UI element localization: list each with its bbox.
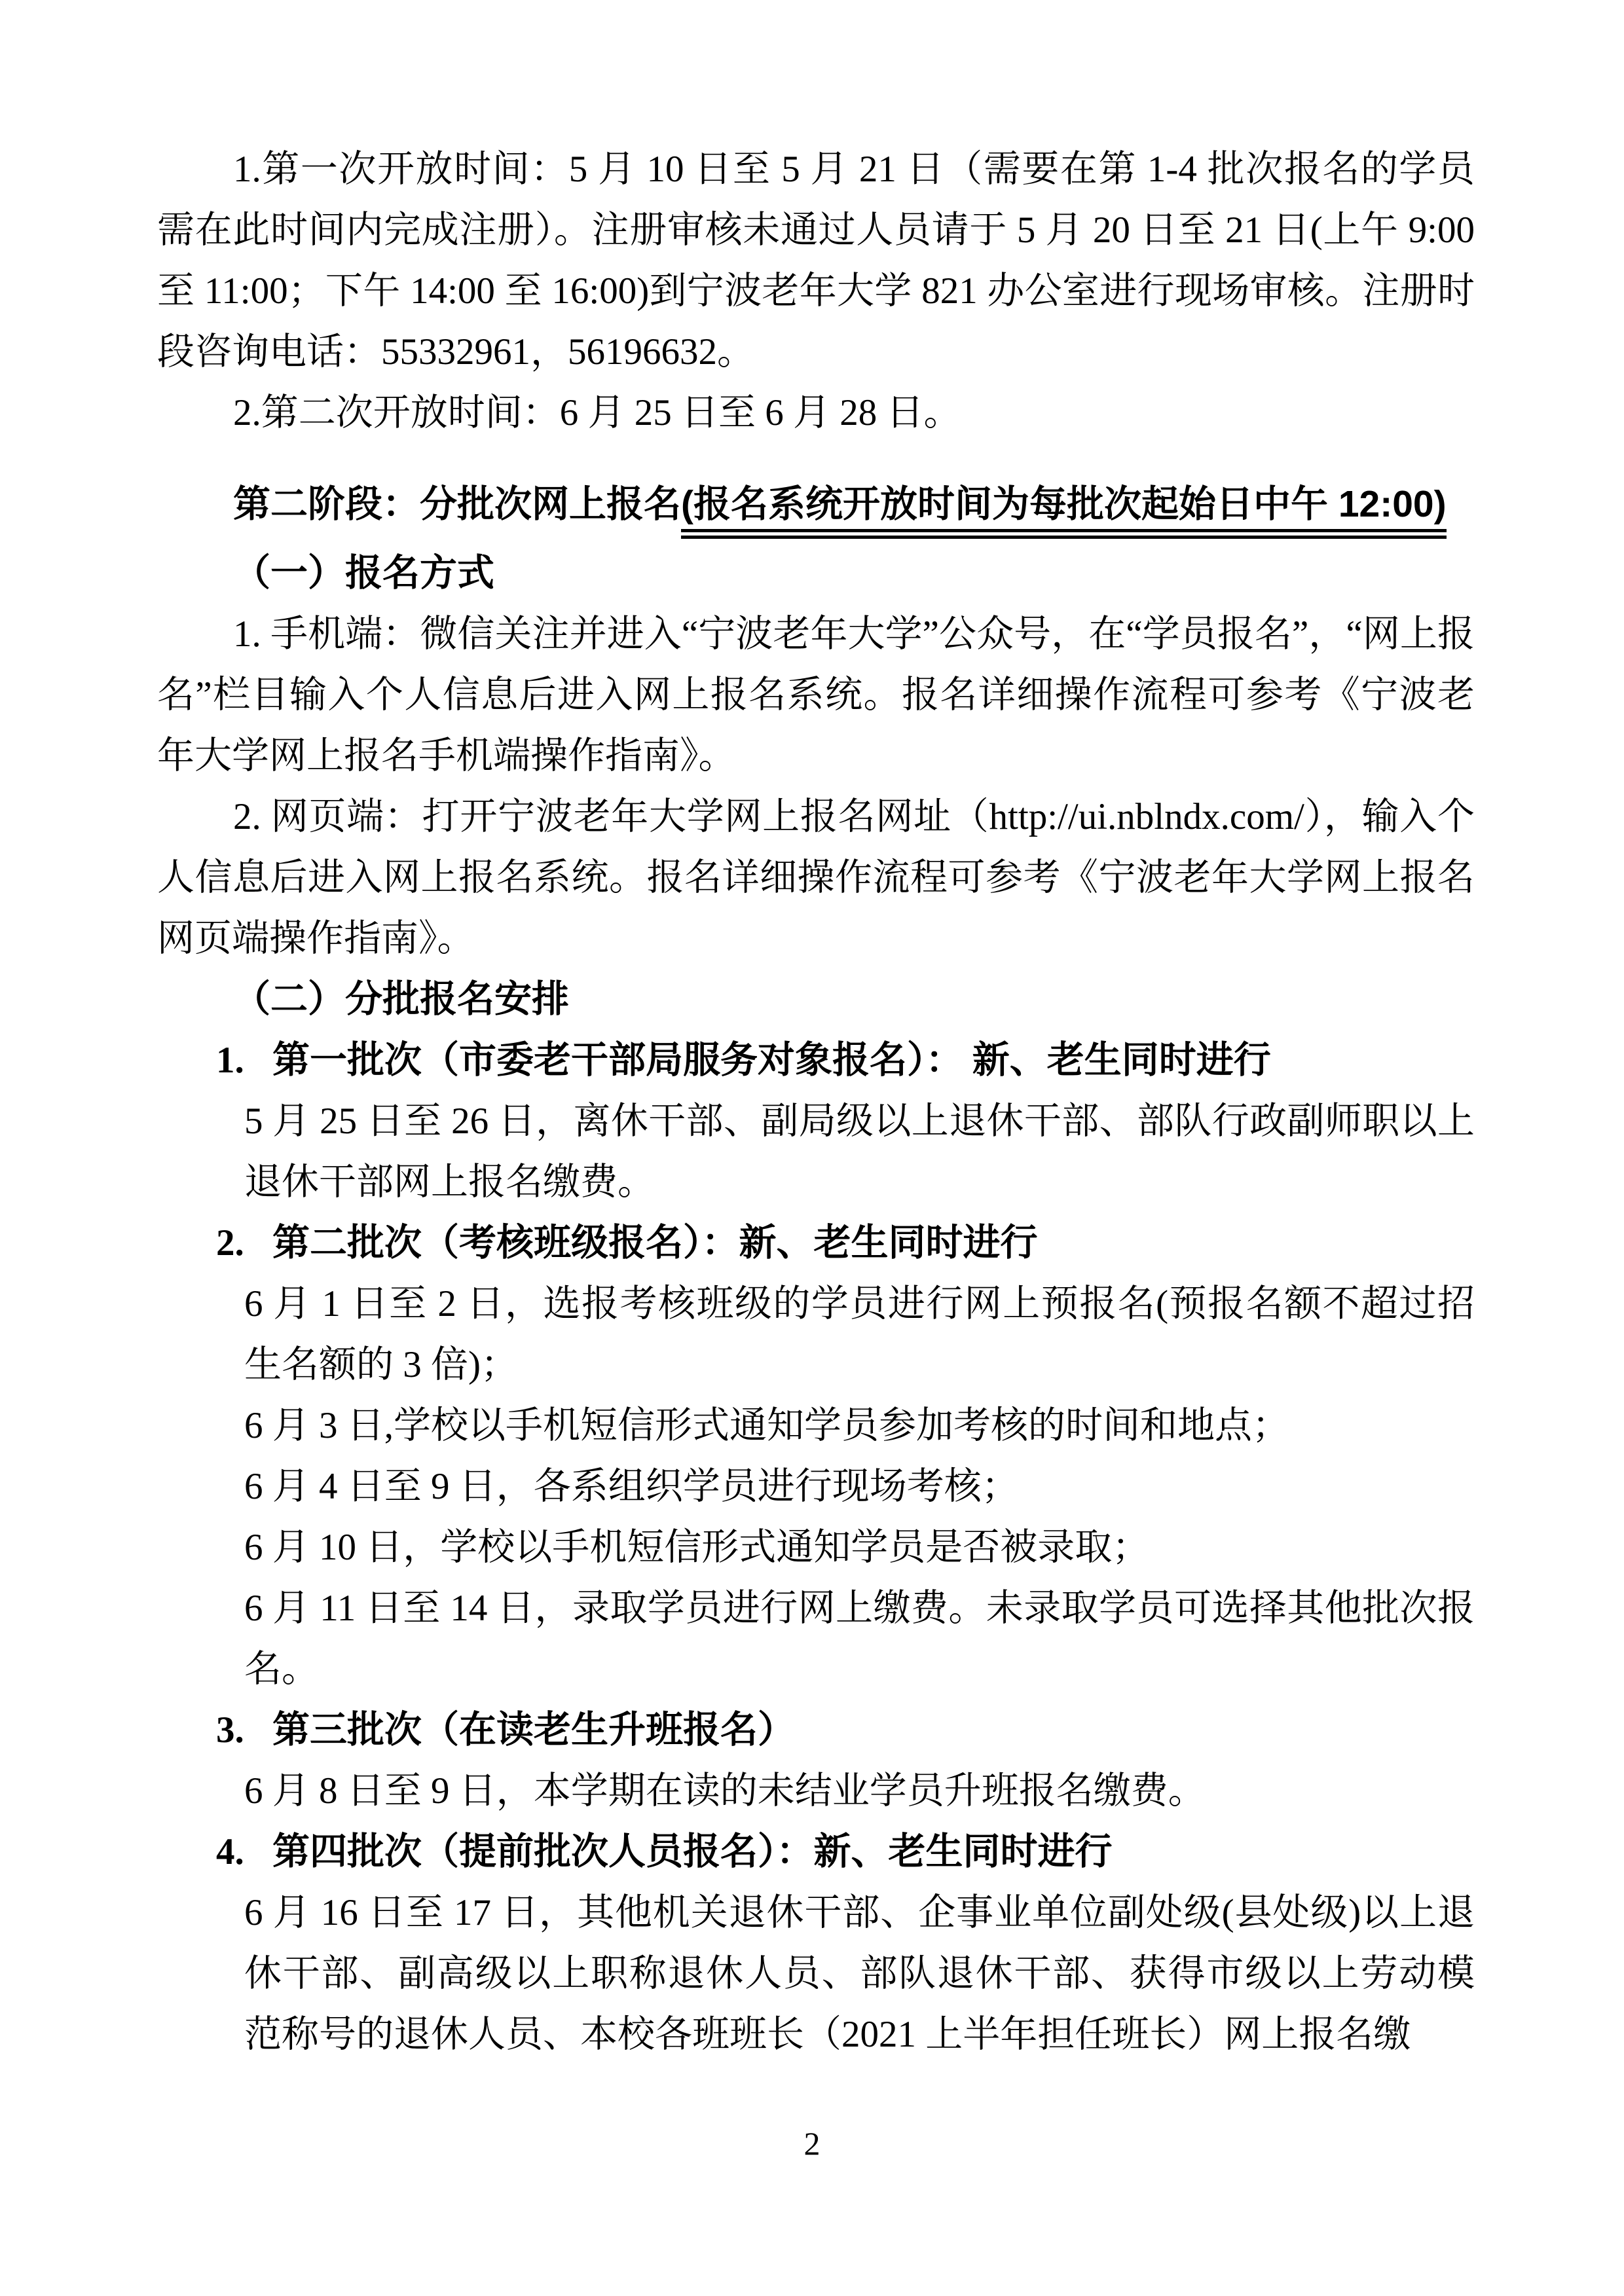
batch-4-detail: 6 月 16 日至 17 日，其他机关退休干部、企事业单位副处级(县处级)以上退… [244, 1882, 1475, 2065]
batch-4-title-text: 第四批次（提前批次人员报名）：新、老生同时进行 [272, 1831, 1113, 1872]
document-content: 1.第一次开放时间：5 月 10 日至 5 月 21 日（需要在第 1-4 批次… [157, 139, 1475, 2065]
stage2-heading-underlined-text: (报名系统开放时间为每批次起始日中午 12:00) [681, 483, 1447, 539]
section-1-title: （一）报名方式 [157, 543, 1475, 604]
paragraph-second-open-time: 2.第二次开放时间：6 月 25 日至 6 月 28 日。 [157, 382, 1475, 443]
batch-2-detail: 6 月 3 日,学校以手机短信形式通知学员参加考核的时间和地点； [244, 1395, 1475, 1456]
stage2-heading-prefix: 第二阶段：分批次网上报名 [233, 483, 681, 525]
batch-2-detail: 6 月 4 日至 9 日，各系组织学员进行现场考核； [244, 1456, 1475, 1517]
batch-1-detail: 5 月 25 日至 26 日，离休干部、副局级以上退休干部、部队行政副师职以上退… [244, 1091, 1475, 1212]
batch-1-number: 1. [216, 1030, 272, 1091]
paragraph-first-open-time: 1.第一次开放时间：5 月 10 日至 5 月 21 日（需要在第 1-4 批次… [157, 139, 1475, 382]
stage2-heading: 第二阶段：分批次网上报名(报名系统开放时间为每批次起始日中午 12:00) [157, 474, 1475, 535]
batch-2-title-text: 第二批次（考核班级报名）：新、老生同时进行 [272, 1222, 1038, 1264]
batch-3-number: 3. [216, 1700, 272, 1760]
batch-4-number: 4. [216, 1821, 272, 1882]
paragraph-method-mobile: 1. 手机端：微信关注并进入“宁波老年大学”公众号，在“学员报名”，“网上报名”… [157, 604, 1475, 786]
document-page: 1.第一次开放时间：5 月 10 日至 5 月 21 日（需要在第 1-4 批次… [0, 0, 1624, 2296]
paragraph-method-web: 2. 网页端：打开宁波老年大学网上报名网址（http://ui.nblndx.c… [157, 786, 1475, 969]
section-2-title: （二）分批报名安排 [157, 969, 1475, 1030]
batch-2-detail: 6 月 1 日至 2 日，选报考核班级的学员进行网上预报名(预报名额不超过招生名… [244, 1273, 1475, 1395]
batch-2-detail: 6 月 10 日，学校以手机短信形式通知学员是否被录取； [244, 1517, 1475, 1578]
batch-2-detail: 6 月 11 日至 14 日，录取学员进行网上缴费。未录取学员可选择其他批次报名… [244, 1578, 1475, 1700]
batch-1-title-text: 第一批次（市委老干部局服务对象报名）： 新、老生同时进行 [272, 1040, 1271, 1081]
batch-3-detail: 6 月 8 日至 9 日，本学期在读的未结业学员升班报名缴费。 [244, 1760, 1475, 1821]
batch-3-title: 3.第三批次（在读老生升班报名） [216, 1700, 1475, 1760]
batch-4-title: 4.第四批次（提前批次人员报名）：新、老生同时进行 [216, 1821, 1475, 1882]
batch-2-number: 2. [216, 1212, 272, 1273]
batch-2-title: 2.第二批次（考核班级报名）：新、老生同时进行 [216, 1212, 1475, 1273]
batch-3-title-text: 第三批次（在读老生升班报名） [272, 1709, 795, 1751]
batch-1-title: 1.第一批次（市委老干部局服务对象报名）： 新、老生同时进行 [216, 1030, 1475, 1091]
page-number: 2 [0, 2113, 1624, 2174]
